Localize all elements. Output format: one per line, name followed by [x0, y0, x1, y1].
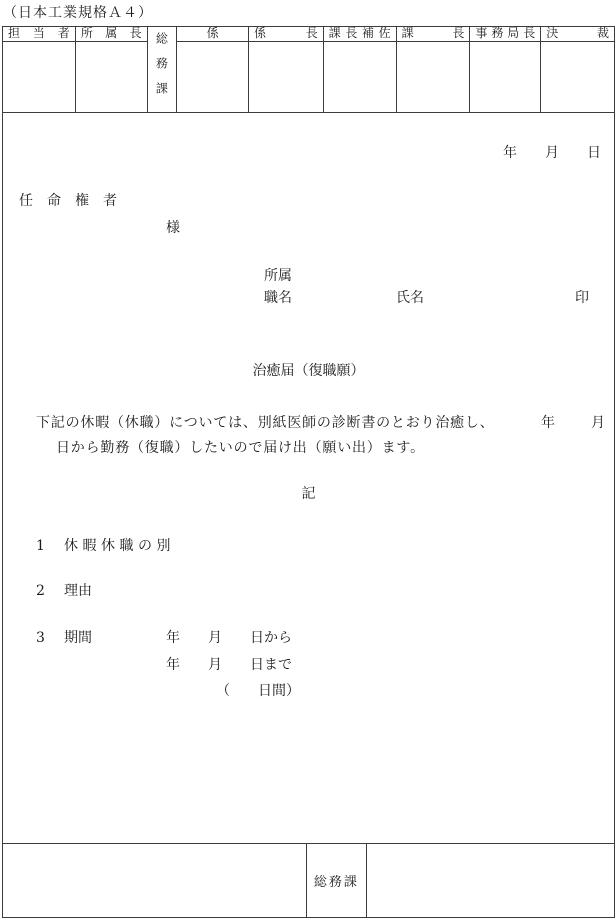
record-marker: 記: [302, 486, 316, 502]
approval-stamp-cell-kessai: [541, 42, 614, 112]
item-3-number: 3: [36, 630, 45, 646]
paragraph-month-label: 月: [591, 415, 605, 431]
name-label: 氏名: [396, 290, 424, 306]
paragraph-year-label: 年: [541, 415, 555, 431]
jis-standard-label: （日本工業規格Ａ４）: [3, 2, 153, 22]
addressee-honorific: 様: [166, 220, 180, 236]
document-page: （日本工業規格Ａ４） 担 当 者 所 属 長 総務課 係 係 長 課長補佐 課 …: [0, 0, 616, 919]
approval-col-tantosha: 担 当 者: [3, 27, 76, 112]
submission-date-line: 年 月 日: [503, 145, 601, 161]
affiliation-label: 所属: [264, 268, 292, 284]
form-title: 治癒届（復職願）: [253, 363, 365, 379]
approval-col-header-kacho: 課 長: [397, 27, 470, 42]
approval-stamp-cell-kakari: [177, 42, 248, 112]
item-1-number: 1: [36, 538, 45, 554]
approval-col-shozokucho: 所 属 長: [76, 27, 148, 112]
item-3-period-to: 年 月 日まで: [166, 657, 292, 673]
item-2-label: 理由: [64, 583, 92, 599]
approval-col-label-somuka: 総務課: [153, 27, 170, 107]
seal-label: 印: [575, 290, 589, 306]
position-label: 職名: [264, 290, 292, 306]
approval-col-kakaricho: 係 長: [249, 27, 324, 112]
approval-stamp-table: 担 当 者 所 属 長 総務課 係 係 長 課長補佐 課 長 事務局長: [2, 26, 615, 113]
approval-col-kessai: 決 裁: [541, 27, 614, 112]
addressee-label: 任 命 権 者: [19, 193, 117, 209]
approval-stamp-cell-shozokucho: [76, 42, 147, 112]
item-3-period-from: 年 月 日から: [166, 630, 292, 646]
footer-table: 総務課: [2, 843, 615, 918]
approval-col-header-jimukyokucho: 事務局長: [470, 27, 540, 42]
item-1-label: 休暇休職の別: [64, 538, 175, 554]
approval-col-kakari: 係: [177, 27, 249, 112]
approval-col-kachohosa: 課長補佐: [324, 27, 397, 112]
approval-col-header-shozokucho: 所 属 長: [76, 27, 147, 42]
approval-stamp-cell-kakaricho: [249, 42, 323, 112]
approval-col-header-kakaricho: 係 長: [249, 27, 323, 42]
paragraph-line2: 日から勤務（復職）したいので届け出（願い出）ます。: [56, 440, 425, 456]
approval-col-header-kakari: 係: [177, 27, 248, 42]
approval-stamp-cell-kacho: [397, 42, 470, 112]
footer-cell-left: [3, 844, 307, 917]
approval-col-header-tantosha: 担 当 者: [3, 27, 75, 42]
approval-stamp-cell-tantosha: [3, 42, 75, 112]
approval-col-header-kachohosa: 課長補佐: [324, 27, 396, 42]
approval-stamp-cell-kachohosa: [324, 42, 396, 112]
footer-somuka-label: 総務課: [314, 871, 359, 890]
item-3-period-days: （ 日間）: [216, 683, 300, 699]
footer-cell-right: [367, 844, 614, 917]
paragraph-line1: 下記の休暇（休職）については、別紙医師の診断書のとおり治癒し、: [36, 415, 495, 431]
approval-col-jimukyokucho: 事務局長: [470, 27, 541, 112]
item-3-label: 期間: [64, 630, 92, 646]
approval-col-header-kessai: 決 裁: [541, 27, 614, 42]
footer-cell-somuka: 総務課: [307, 844, 367, 917]
approval-col-kacho: 課 長: [397, 27, 471, 112]
form-body: 年 月 日 任 命 権 者 様 所属 職名 氏名 印 治癒届（復職願） 下記の休…: [2, 113, 615, 843]
approval-col-somuka: 総務課: [148, 27, 178, 112]
approval-stamp-cell-jimukyokucho: [470, 42, 540, 112]
item-2-number: 2: [36, 583, 45, 599]
